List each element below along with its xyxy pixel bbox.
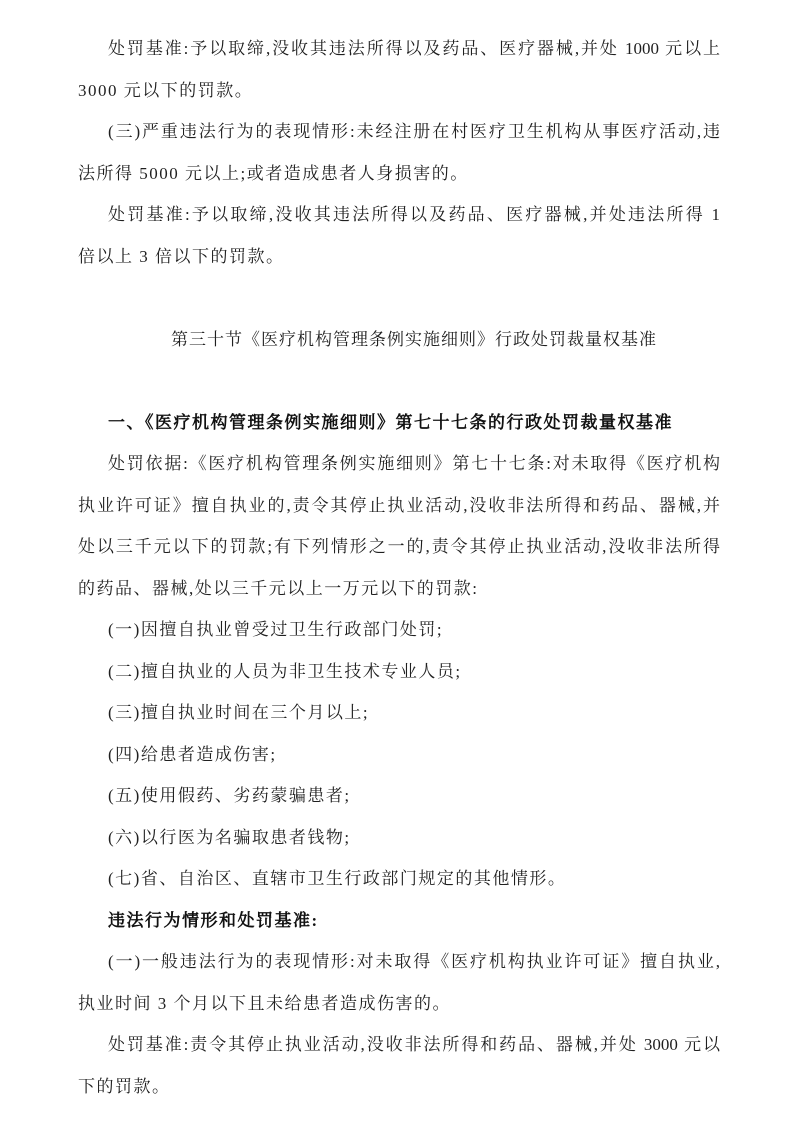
text-line: 处罚基准:责令其停止执业活动,没收非法所得和药品、器械,并处 3000 元以	[78, 1024, 720, 1066]
text-line: 执业许可证》擅自执业的,责令其停止执业活动,没收非法所得和药品、器械,并	[78, 485, 720, 527]
text-line: 执业时间 3 个月以下且未给患者造成伤害的。	[78, 983, 720, 1025]
subsection-heading: 一、《医疗机构管理条例实施细则》第七十七条的行政处罚裁量权基准	[78, 402, 720, 444]
text-line: 处罚基准:予以取缔,没收其违法所得以及药品、医疗器械,并处 1000 元以上	[78, 28, 720, 70]
blank-line	[78, 277, 720, 319]
text-line: (一)一般违法行为的表现情形:对未取得《医疗机构执业许可证》擅自执业,	[78, 941, 720, 983]
document-page: 处罚基准:予以取缔,没收其违法所得以及药品、医疗器械,并处 1000 元以上 3…	[0, 0, 793, 1122]
list-item: (一)因擅自执业曾受过卫生行政部门处罚;	[78, 609, 720, 651]
text-line: 倍以上 3 倍以下的罚款。	[78, 236, 720, 278]
list-item: (七)省、自治区、直辖市卫生行政部门规定的其他情形。	[78, 858, 720, 900]
text-line: 处以三千元以下的罚款;有下列情形之一的,责令其停止执业活动,没收非法所得	[78, 526, 720, 568]
blank-line	[78, 360, 720, 402]
text-line: 的药品、器械,处以三千元以上一万元以下的罚款:	[78, 568, 720, 610]
text-line: 下的罚款。	[78, 1066, 720, 1108]
text-line: 处罚基准:予以取缔,没收其违法所得以及药品、医疗器械,并处违法所得 1	[78, 194, 720, 236]
bold-heading: 违法行为情形和处罚基准:	[78, 900, 720, 942]
list-item: (二)擅自执业的人员为非卫生技术专业人员;	[78, 651, 720, 693]
section-title: 第三十节《医疗机构管理条例实施细则》行政处罚裁量权基准	[78, 319, 720, 361]
text-line: (三)严重违法行为的表现情形:未经注册在村医疗卫生机构从事医疗活动,违	[78, 111, 720, 153]
list-item: (五)使用假药、劣药蒙骗患者;	[78, 775, 720, 817]
list-item: (三)擅自执业时间在三个月以上;	[78, 692, 720, 734]
list-item: (六)以行医为名骗取患者钱物;	[78, 817, 720, 859]
text-line: 法所得 5000 元以上;或者造成患者人身损害的。	[78, 153, 720, 195]
text-line: 3000 元以下的罚款。	[78, 70, 720, 112]
list-item: (四)给患者造成伤害;	[78, 734, 720, 776]
text-line: 处罚依据:《医疗机构管理条例实施细则》第七十七条:对未取得《医疗机构	[78, 443, 720, 485]
